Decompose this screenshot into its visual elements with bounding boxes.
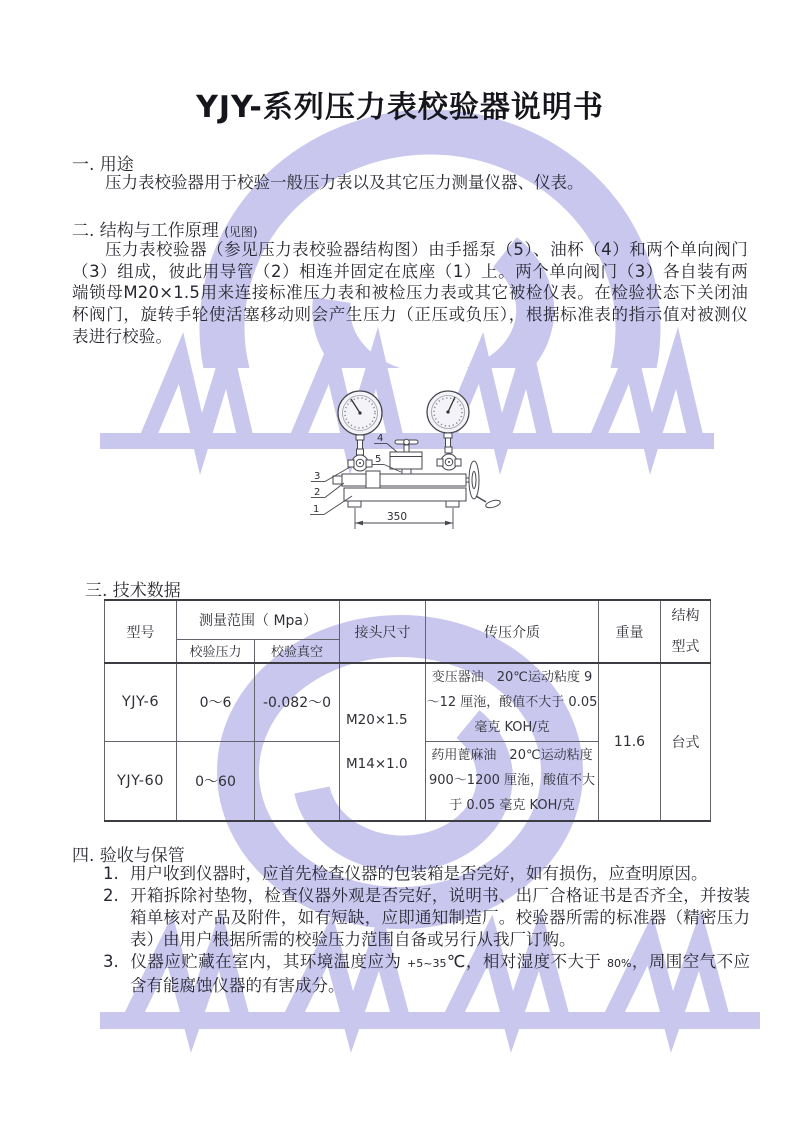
list-item-1-num: 1.	[103, 863, 130, 885]
fitting-line1: M20×1.5	[340, 710, 425, 730]
list-item-3-num: 3.	[103, 951, 130, 973]
part-label-3: 3	[314, 471, 320, 482]
cell-medium-1: 变压器油 20℃运动粘度 9～12 厘沲，酸值不大于 0.05 毫克 KOH/克	[426, 663, 599, 741]
cell-medium-2: 药用蓖麻油 20℃运动粘度 900～1200 厘沲，酸值不大于 0.05 毫克 …	[426, 741, 599, 821]
document-page: YJY-系列压力表校验器说明书 一. 用途 压力表校验器用于校验一般压力表以及其…	[0, 0, 800, 1131]
document-content: YJY-系列压力表校验器说明书 一. 用途 压力表校验器用于校验一般压力表以及其…	[0, 0, 800, 1131]
cell-model-2: YJY-60	[105, 741, 177, 821]
th-structure-line2: 型式	[661, 637, 710, 657]
cell-fitting: M20×1.5 M14×1.0	[340, 663, 426, 821]
list-item-1: 1.用户收到仪器时，应首先检查仪器的包装箱是否完好，如有损伤，应查明原因。	[72, 863, 750, 885]
cell-structure: 台式	[661, 663, 711, 821]
th-structure: 结构 型式	[661, 600, 711, 663]
list-item-2-text: 开箱拆除衬垫物，检查仪器外观是否完好，说明书、出厂合格证书是否齐全，并按装箱单核…	[130, 886, 750, 949]
fitting-line2: M14×1.0	[340, 754, 425, 774]
cell-pressure-1: 0～6	[177, 663, 255, 741]
list-item-3-text-a: 仪器应贮藏在室内，其环境温度应为	[130, 952, 407, 971]
acceptance-list: 1.用户收到仪器时，应首先检查仪器的包装箱是否完好，如有损伤，应查明原因。 2.…	[72, 863, 750, 997]
th-sub-pressure: 校验压力	[177, 639, 255, 663]
list-item-3: 3.仪器应贮藏在室内，其环境温度应为 +5~35℃，相对湿度不大于 80%，周围…	[72, 951, 750, 997]
section-2-heading-text: 二. 结构与工作原理	[72, 221, 219, 241]
part-label-2: 2	[314, 487, 320, 498]
part-label-1: 1	[313, 504, 319, 515]
cell-vacuum-1: -0.082～0	[255, 663, 340, 741]
section-2-paragraph: 压力表校验器（参见压力表校验器结构图）由手摇泵（5）、油杯（4）和两个单向阀门（…	[72, 239, 748, 348]
th-model: 型号	[105, 600, 177, 663]
dimension-label: 350	[387, 511, 407, 523]
list-item-1-text: 用户收到仪器时，应首先检查仪器的包装箱是否完好，如有损伤，应查明原因。	[130, 864, 708, 883]
temperature-range: +5~35	[407, 957, 446, 970]
th-fitting: 接头尺寸	[340, 600, 426, 663]
th-medium: 传压介质	[426, 600, 599, 663]
section-1-body: 压力表校验器用于校验一般压力表以及其它压力测量仪器、仪表。	[72, 172, 748, 194]
section-2-note: (见图)	[224, 225, 257, 239]
part-label-4: 4	[377, 433, 383, 444]
th-range-group: 测量范围（ Mpa）	[177, 600, 340, 639]
humidity-value: 80%	[607, 957, 631, 970]
cell-weight: 11.6	[599, 663, 661, 821]
cell-vacuum-2	[255, 741, 340, 821]
list-item-2-num: 2.	[103, 885, 130, 907]
page-title: YJY-系列压力表校验器说明书	[0, 82, 800, 126]
section-3-heading: 三. 技术数据	[85, 576, 181, 601]
list-item-2: 2.开箱拆除衬垫物，检查仪器外观是否完好，说明书、出厂合格证书是否齐全，并按装箱…	[72, 885, 750, 951]
part-label-5: 5	[375, 454, 381, 465]
list-item-3-text-b: ℃，相对湿度不大于	[446, 952, 607, 971]
cell-pressure-2: 0～60	[177, 741, 255, 821]
structure-diagram: 1 2 3 4 5 350	[300, 368, 540, 536]
cell-model-1: YJY-6	[105, 663, 177, 741]
th-weight: 重量	[599, 600, 661, 663]
tech-data-table: 型号 测量范围（ Mpa） 接头尺寸 传压介质 重量 结构 型式 校验压力 校验…	[104, 599, 711, 822]
section-2-heading: 二. 结构与工作原理 (见图)	[72, 216, 258, 241]
th-sub-vacuum: 校验真空	[255, 639, 340, 663]
th-structure-line1: 结构	[661, 606, 710, 626]
